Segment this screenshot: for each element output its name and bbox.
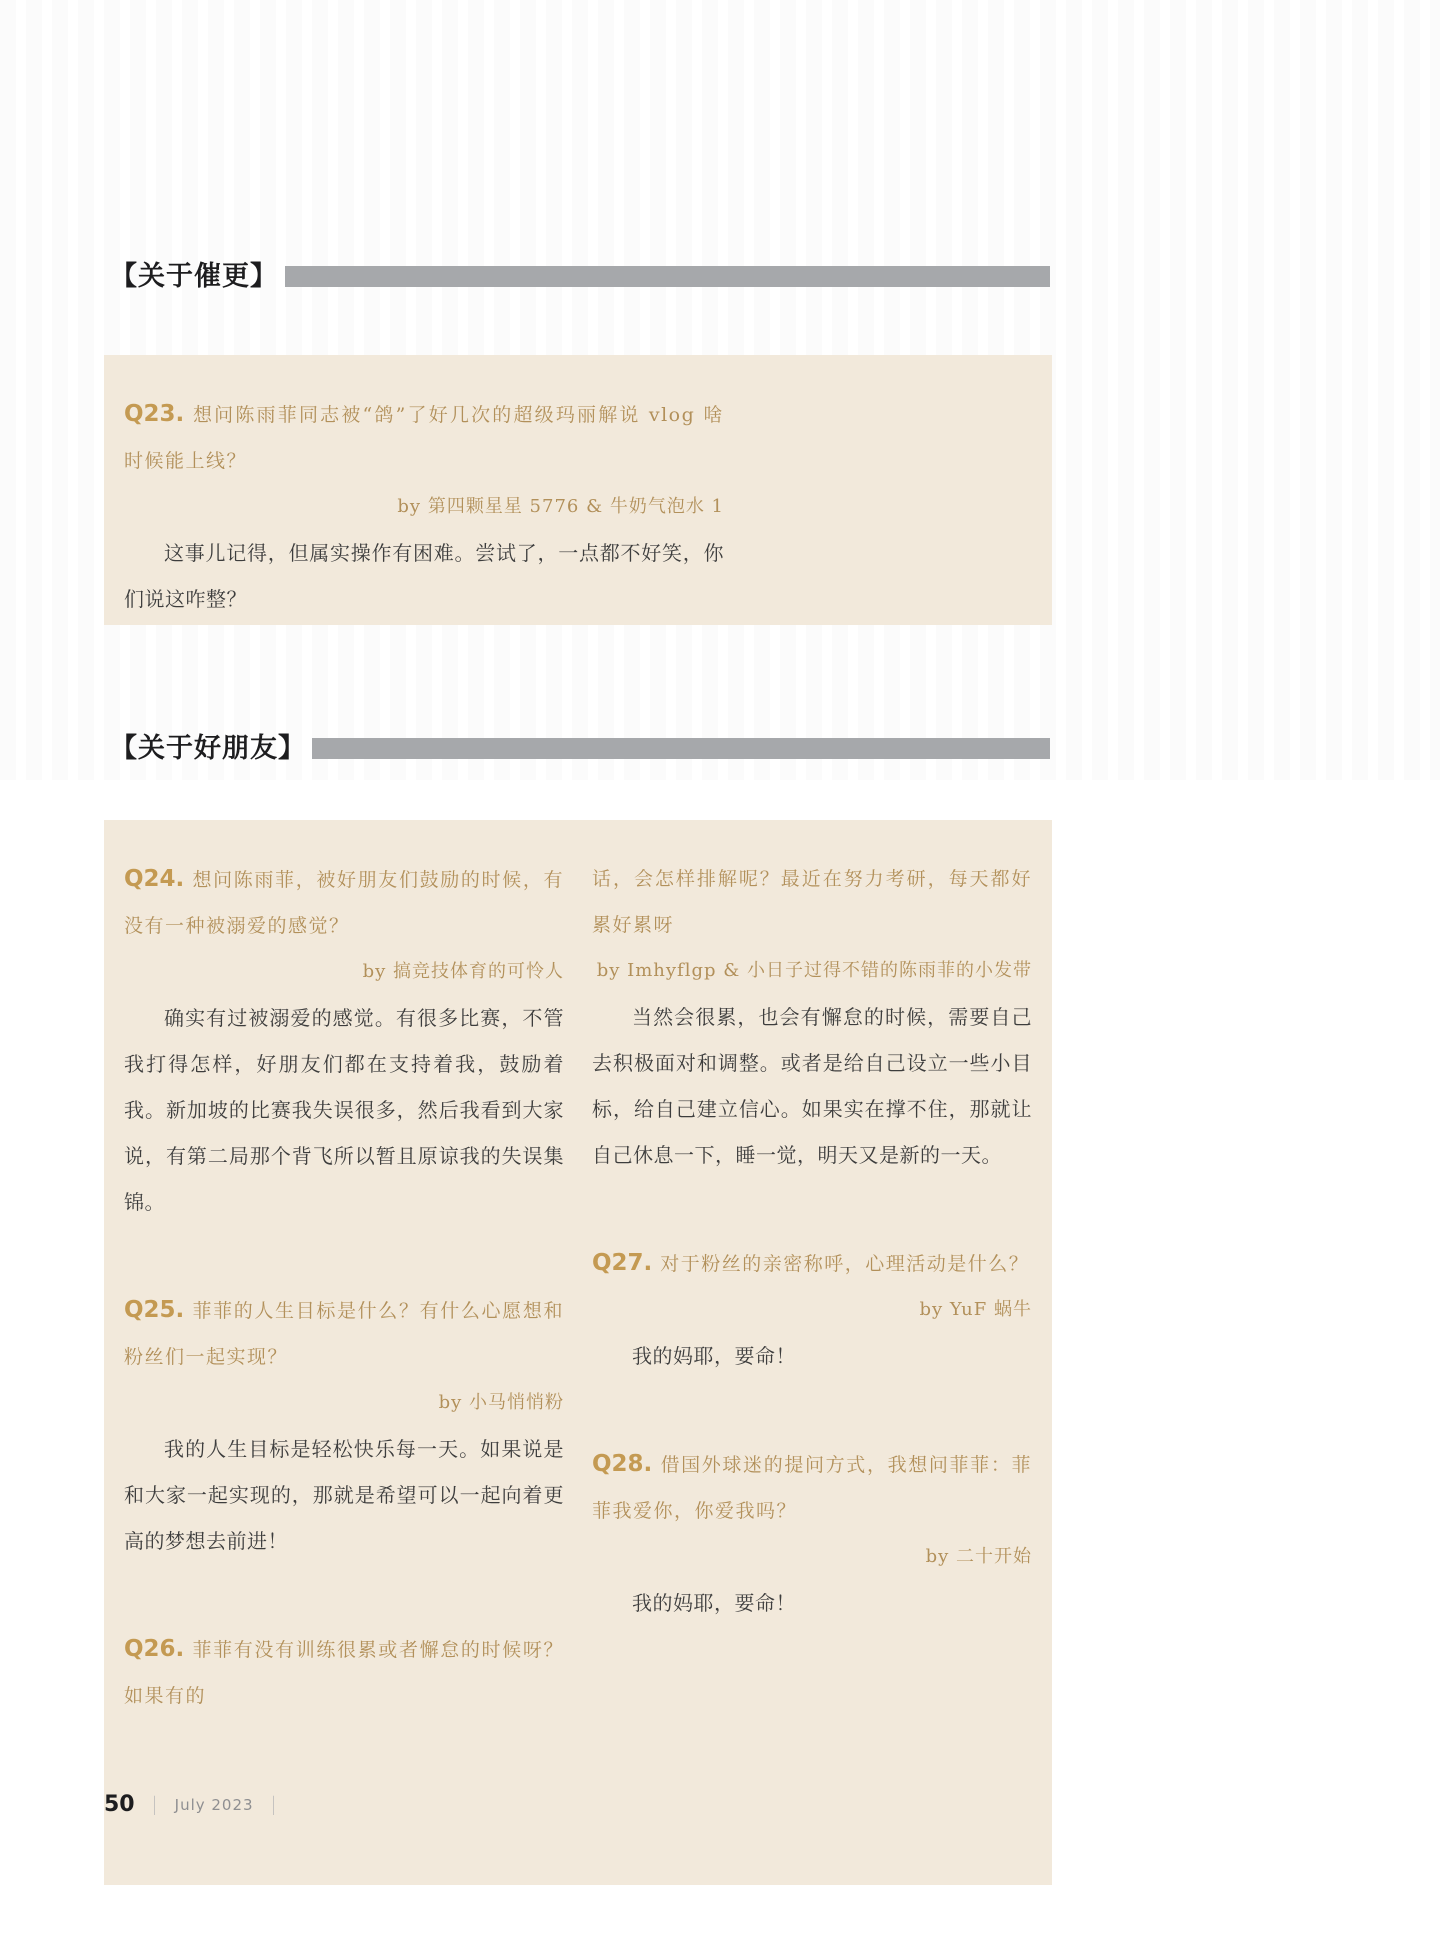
question-line: Q23.想问陈雨菲同志被“鸽”了好几次的超级玛丽解说 vlog 啥时候能上线？: [124, 391, 724, 484]
answer-text: 这事儿记得，但属实操作有困难。尝试了，一点都不好笑，你们说这咋整？: [124, 530, 724, 622]
question-number: Q28.: [592, 1451, 660, 1477]
qa-block-q26-start: Q26.菲菲有没有训练很累或者懈怠的时候呀？如果有的: [124, 1626, 564, 1719]
byline: by 搞竞技体育的可怜人: [124, 949, 564, 995]
qa-block-q27: Q27.对于粉丝的亲密称呼，心理活动是什么？ by YuF 蜗牛 我的妈耶，要命…: [592, 1240, 1032, 1379]
question-line: Q28.借国外球迷的提问方式，我想问菲菲：菲菲我爱你，你爱我吗？: [592, 1441, 1032, 1534]
section-header-friends: 【关于好朋友】: [110, 726, 306, 766]
section-title-cuigeng: 【关于催更】: [110, 254, 278, 293]
section-title-friends: 【关于好朋友】: [110, 726, 306, 765]
question-text: 想问陈雨菲同志被“鸽”了好几次的超级玛丽解说 vlog 啥时候能上线？: [124, 404, 724, 472]
answer-text: 我的妈耶，要命！: [592, 1333, 1032, 1379]
footer-separator: ｜: [147, 1791, 163, 1819]
question-number: Q25.: [124, 1297, 192, 1323]
question-text: 对于粉丝的亲密称呼，心理活动是什么？: [660, 1253, 1029, 1275]
byline: by 二十开始: [592, 1534, 1032, 1580]
qa-block-q25: Q25.菲菲的人生目标是什么？有什么心愿想和粉丝们一起实现？ by 小马悄悄粉 …: [124, 1287, 564, 1564]
qa-column-right: 话，会怎样排解呢？最近在努力考研，每天都好累好累呀 by Imhyflgp & …: [592, 856, 1032, 1626]
question-number: Q24.: [124, 866, 192, 892]
page-number: 50: [104, 1792, 135, 1817]
section-bar-friends: [312, 738, 1050, 759]
question-line: Q26.菲菲有没有训练很累或者懈怠的时候呀？如果有的: [124, 1626, 564, 1719]
question-number: Q26.: [124, 1636, 192, 1662]
question-line: Q25.菲菲的人生目标是什么？有什么心愿想和粉丝们一起实现？: [124, 1287, 564, 1380]
byline: by 第四颗星星 5776 & 牛奶气泡水 1: [124, 484, 724, 530]
byline: by 小马悄悄粉: [124, 1380, 564, 1426]
question-continuation: 话，会怎样排解呢？最近在努力考研，每天都好累好累呀: [592, 856, 1032, 948]
qa-block-q24: Q24.想问陈雨菲，被好朋友们鼓励的时候，有没有一种被溺爱的感觉？ by 搞竞技…: [124, 856, 564, 1225]
section-bar-cuigeng: [285, 266, 1050, 287]
qa-column-single: Q23.想问陈雨菲同志被“鸽”了好几次的超级玛丽解说 vlog 啥时候能上线？ …: [124, 391, 724, 622]
answer-text: 确实有过被溺爱的感觉。有很多比赛，不管我打得怎样，好朋友们都在支持着我，鼓励着我…: [124, 995, 564, 1225]
qa-panel-friends: Q24.想问陈雨菲，被好朋友们鼓励的时候，有没有一种被溺爱的感觉？ by 搞竞技…: [104, 820, 1052, 1885]
byline: by YuF 蜗牛: [592, 1287, 1032, 1333]
byline: by Imhyflgp & 小日子过得不错的陈雨菲的小发带: [592, 948, 1032, 994]
section-header-cuigeng: 【关于催更】: [110, 254, 278, 294]
answer-text: 当然会很累，也会有懈怠的时候，需要自己去积极面对和调整。或者是给自己设立一些小目…: [592, 994, 1032, 1178]
footer-separator: ｜: [266, 1791, 282, 1819]
qa-block-q23: Q23.想问陈雨菲同志被“鸽”了好几次的超级玛丽解说 vlog 啥时候能上线？ …: [124, 391, 724, 622]
qa-block-q28: Q28.借国外球迷的提问方式，我想问菲菲：菲菲我爱你，你爱我吗？ by 二十开始…: [592, 1441, 1032, 1626]
magazine-page: 【关于催更】 Q23.想问陈雨菲同志被“鸽”了好几次的超级玛丽解说 vlog 啥…: [0, 0, 1440, 1952]
qa-column-left: Q24.想问陈雨菲，被好朋友们鼓励的时候，有没有一种被溺爱的感觉？ by 搞竞技…: [124, 856, 564, 1719]
answer-text: 我的人生目标是轻松快乐每一天。如果说是和大家一起实现的，那就是希望可以一起向着更…: [124, 1426, 564, 1564]
question-line: Q27.对于粉丝的亲密称呼，心理活动是什么？: [592, 1240, 1032, 1287]
footer-issue-date: July 2023: [175, 1796, 254, 1814]
question-number: Q27.: [592, 1250, 660, 1276]
qa-block-q26-continued: 话，会怎样排解呢？最近在努力考研，每天都好累好累呀 by Imhyflgp & …: [592, 856, 1032, 1178]
question-number: Q23.: [124, 401, 192, 427]
answer-text: 我的妈耶，要命！: [592, 1580, 1032, 1626]
qa-panel-cuigeng: Q23.想问陈雨菲同志被“鸽”了好几次的超级玛丽解说 vlog 啥时候能上线？ …: [104, 355, 1052, 625]
question-line: Q24.想问陈雨菲，被好朋友们鼓励的时候，有没有一种被溺爱的感觉？: [124, 856, 564, 949]
page-footer: 50 ｜ July 2023 ｜: [104, 1792, 282, 1817]
